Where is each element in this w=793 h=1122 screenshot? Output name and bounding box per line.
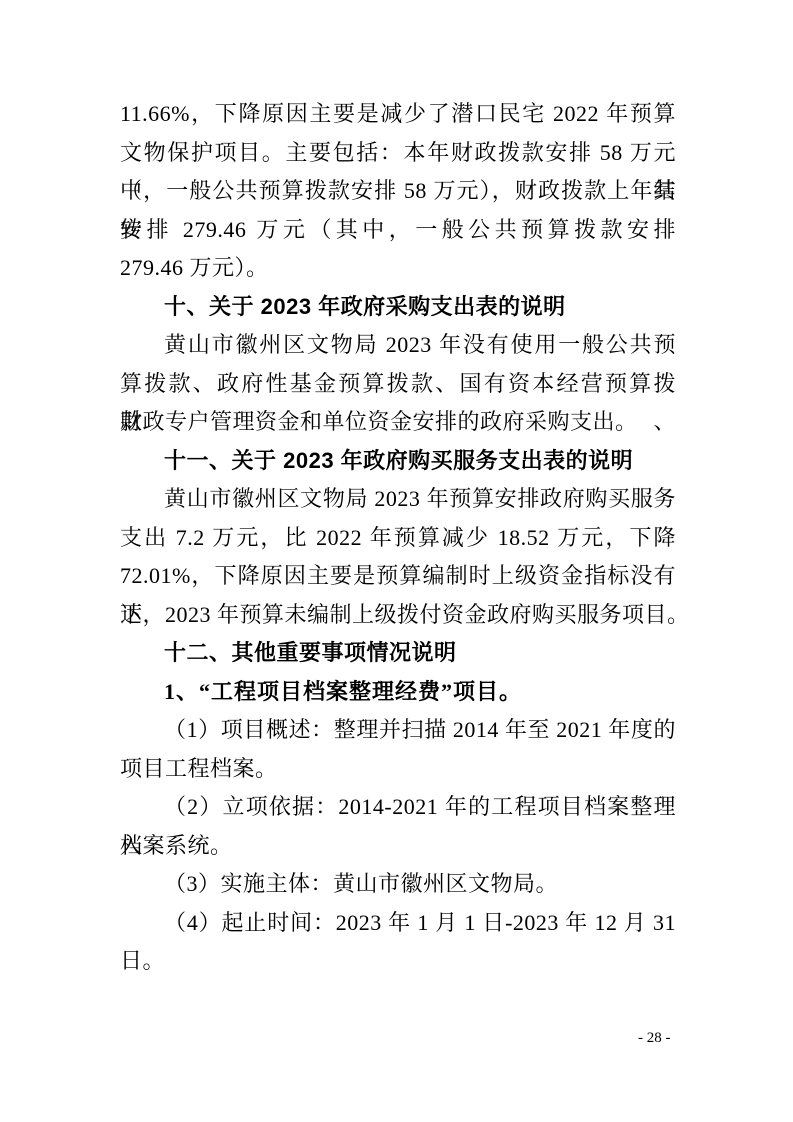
- text-line: 279.46 万元）。: [120, 249, 676, 288]
- section-10-heading: 十、关于 2023 年政府采购支出表的说明: [120, 288, 676, 327]
- text-line: 黄山市徽州区文物局 2023 年没有使用一般公共预: [120, 326, 676, 365]
- text-line: 支出 7.2 万元，比 2022 年预算减少 18.52 万元，下降: [120, 519, 676, 558]
- document-body: 11.66%，下降原因主要是减少了潜口民宅 2022 年预算 文物保护项目。主要…: [120, 95, 676, 981]
- section-11-heading: 十一、关于 2023 年政府购买服务支出表的说明: [120, 442, 676, 481]
- text-line: （3）实施主体：黄山市徽州区文物局。: [120, 865, 676, 904]
- text-line: （1）项目概述：整理并扫描 2014 年至 2021 年度的: [120, 711, 676, 750]
- text-line: 项目工程档案。: [120, 750, 676, 789]
- page-number: - 28 -: [638, 1028, 671, 1048]
- text-line: 档案系统。: [120, 827, 676, 866]
- text-line: （2）立项依据：2014-2021 年的工程项目档案整理入: [120, 788, 676, 827]
- text-line: 安排 279.46 万元（其中，一般公共预算拨款安排: [120, 211, 676, 250]
- text-line: （4）起止时间：2023 年 1 月 1 日-2023 年 12 月 31: [120, 904, 676, 943]
- text-line: 文物保护项目。主要包括：本年财政拨款安排 58 万元（其: [120, 134, 676, 173]
- text-line: 黄山市徽州区文物局 2023 年预算安排政府购买服务: [120, 480, 676, 519]
- text-line: 11.66%，下降原因主要是减少了潜口民宅 2022 年预算: [120, 95, 676, 134]
- text-line: 日。: [120, 942, 676, 981]
- text-line: 72.01%，下降原因主要是预算编制时上级资金指标没有下: [120, 557, 676, 596]
- text-line: 达，2023 年预算未编制上级拨付资金政府购买服务项目。: [120, 596, 676, 635]
- document-page: 11.66%，下降原因主要是减少了潜口民宅 2022 年预算 文物保护项目。主要…: [0, 0, 793, 1122]
- text-line: 中，一般公共预算拨款安排 58 万元），财政拨款上年结转: [120, 172, 676, 211]
- text-line: 算拨款、政府性基金预算拨款、国有资本经营预算拨款、: [120, 365, 676, 404]
- project-1-subheading: 1、“工程项目档案整理经费”项目。: [120, 673, 676, 712]
- section-12-heading: 十二、其他重要事项情况说明: [120, 634, 676, 673]
- text-line: 财政专户管理资金和单位资金安排的政府采购支出。: [120, 403, 676, 442]
